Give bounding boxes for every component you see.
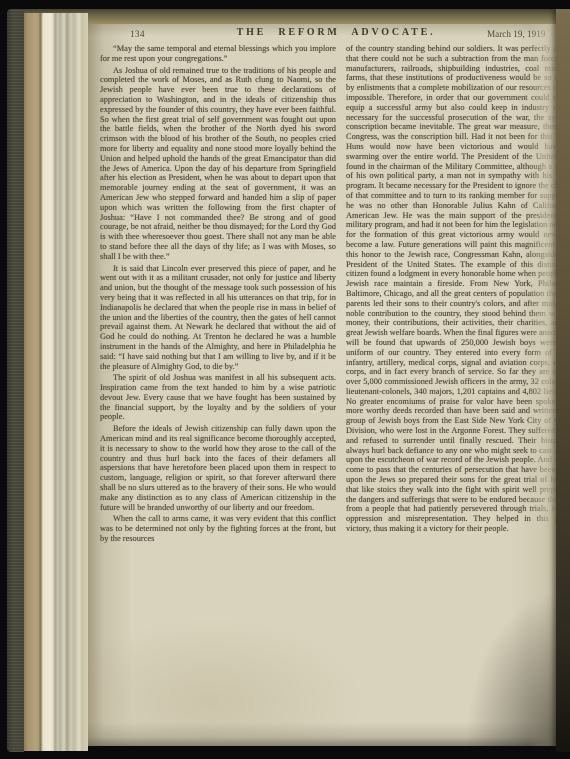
book-fore-edge — [556, 9, 570, 752]
page-header: 134 THE REFORM ADVOCATE. March 19, 1919 — [88, 24, 558, 46]
gutter-page-edges — [24, 13, 88, 751]
left-column: “May the same temporal and eternal bless… — [100, 44, 336, 546]
paragraph: As Joshua of old remained true to the tr… — [100, 66, 336, 262]
paragraph: When the call to arms came, it was very … — [100, 514, 336, 543]
bottom-corner-shadow — [468, 596, 558, 746]
issue-date: March 19, 1919 — [487, 29, 545, 39]
paragraph: It is said that Lincoln ever preserved t… — [100, 264, 336, 372]
paragraph: “May the same temporal and eternal bless… — [100, 44, 336, 64]
paragraph: of the country standing behind our soldi… — [346, 44, 558, 534]
scanned-page: 134 THE REFORM ADVOCATE. March 19, 1919 … — [88, 24, 558, 746]
book-spine — [7, 9, 24, 752]
book-scan: 134 THE REFORM ADVOCATE. March 19, 1919 … — [0, 0, 570, 759]
paragraph: Before the ideals of Jewish citizenship … — [100, 424, 336, 512]
paragraph: The spirit of old Joshua was manifest in… — [100, 373, 336, 422]
right-column: of the country standing behind our soldi… — [346, 44, 558, 536]
